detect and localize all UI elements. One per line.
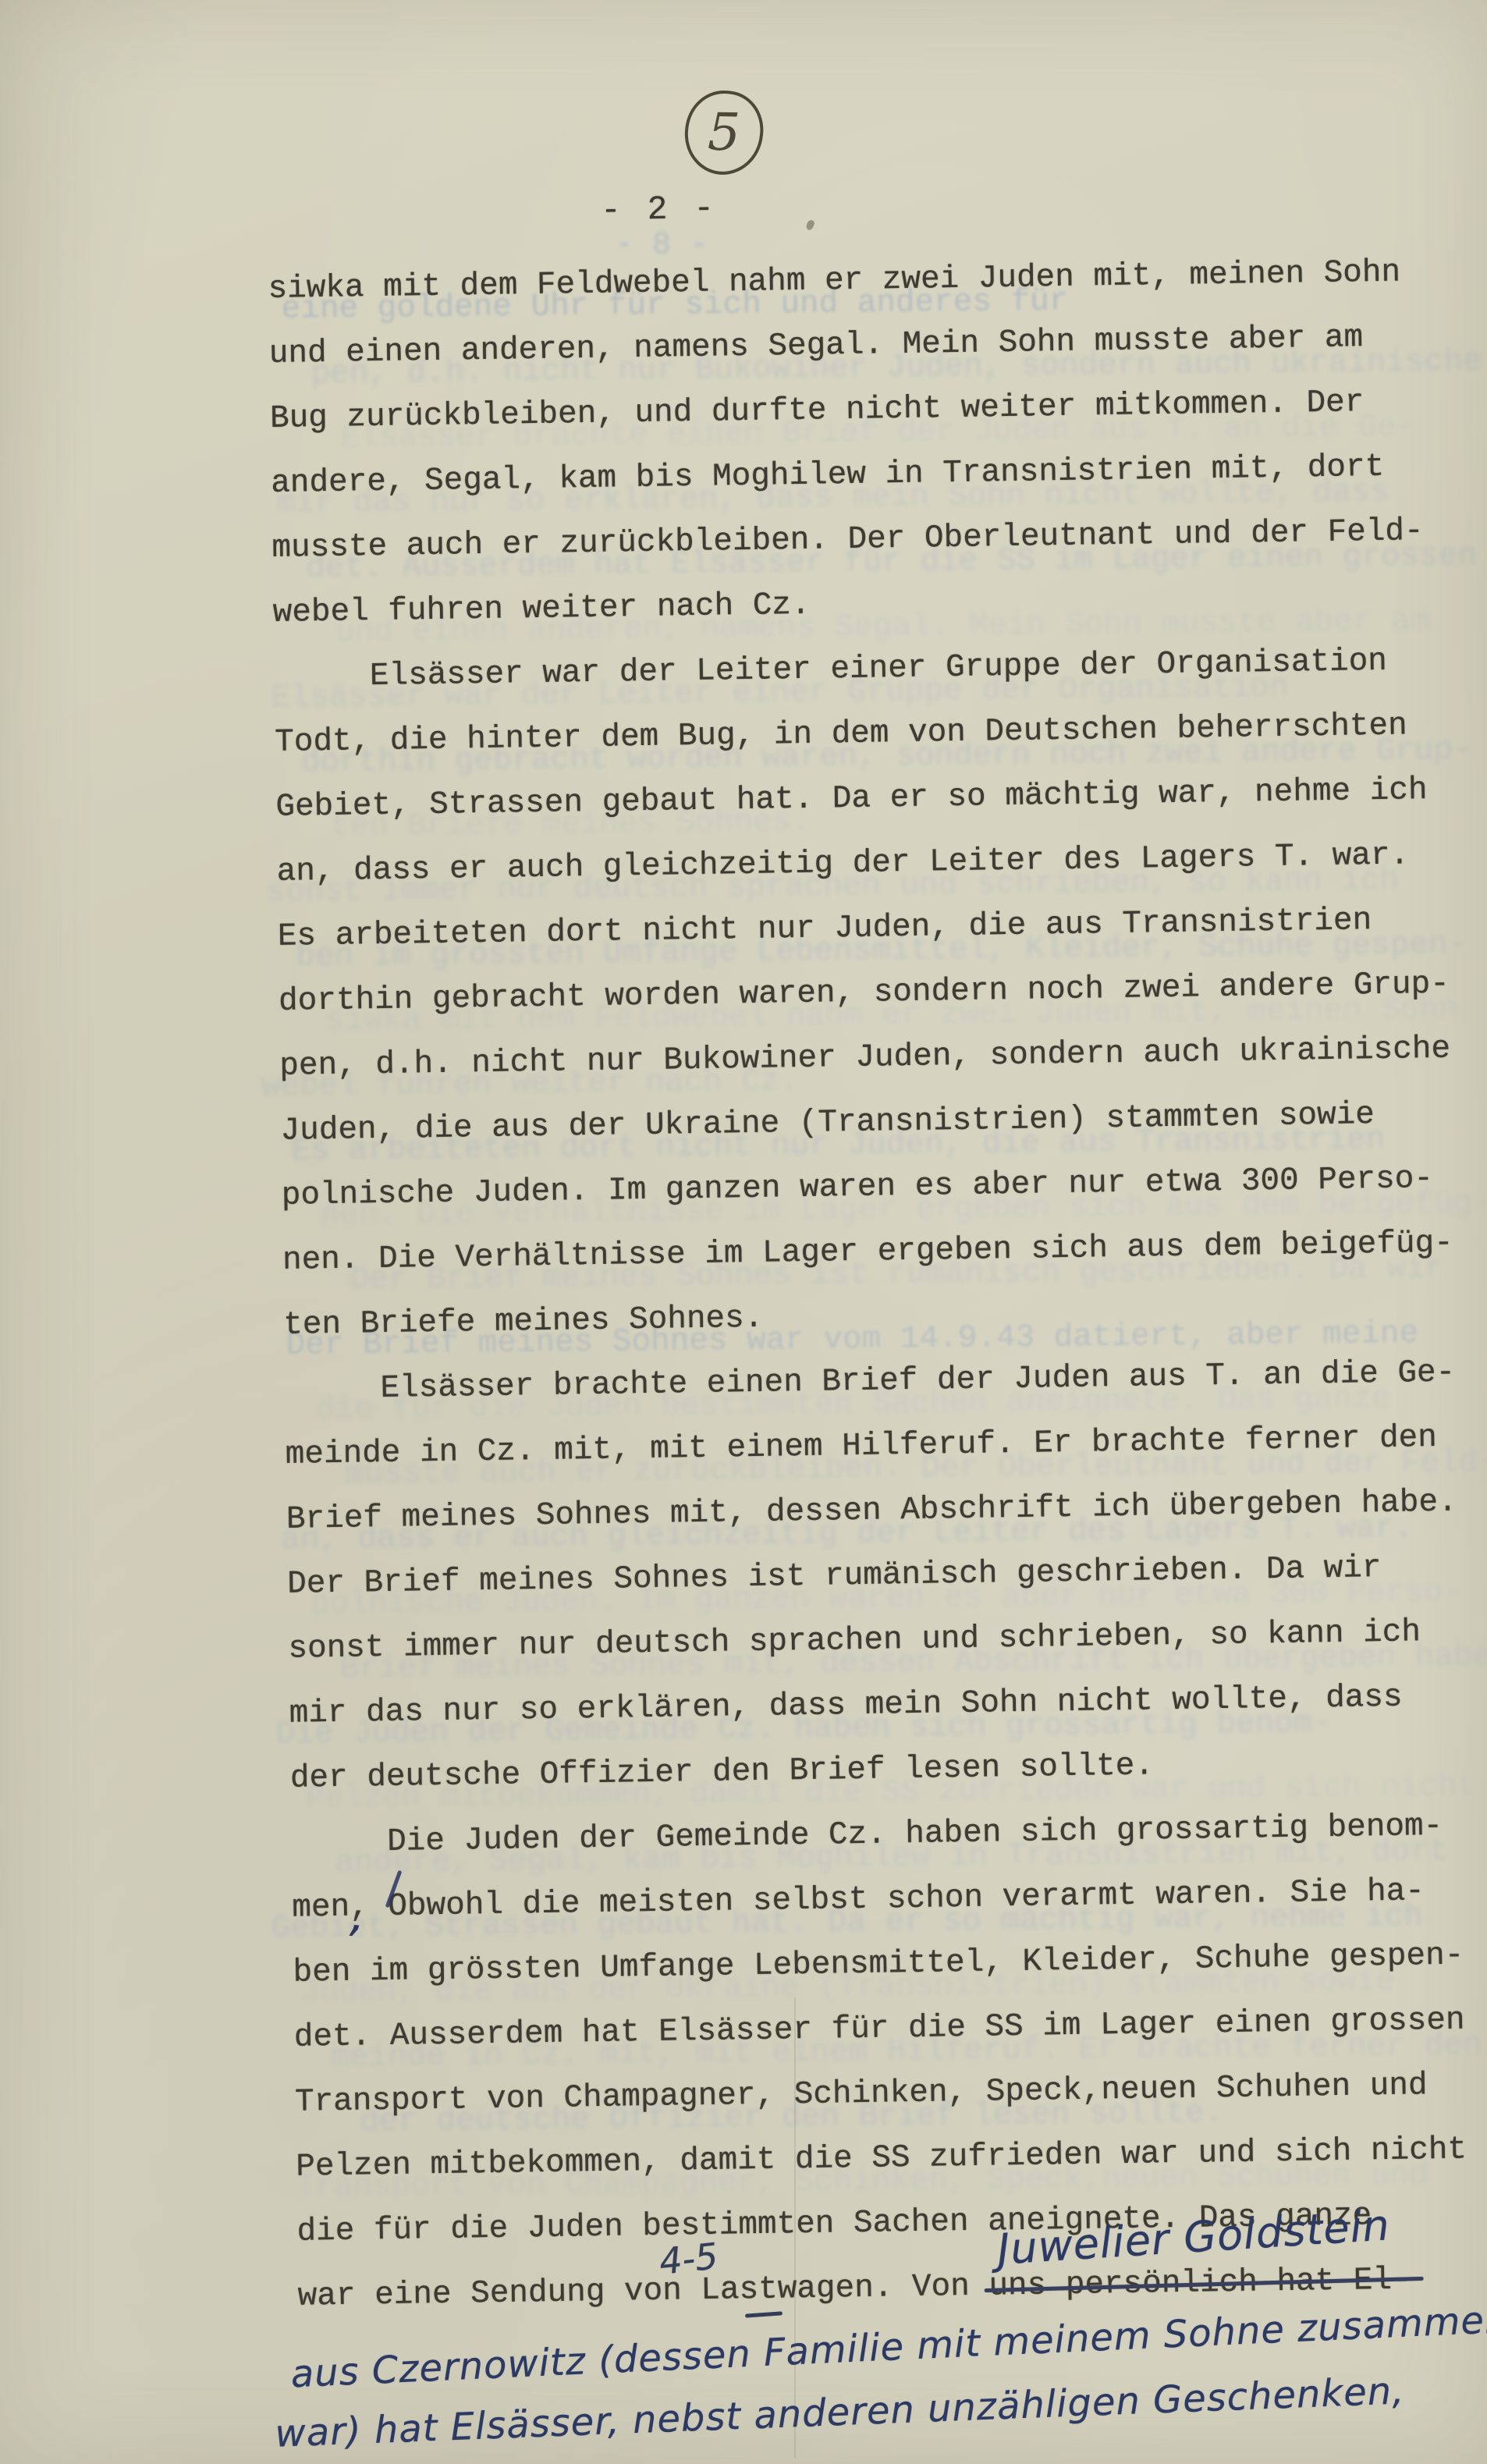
scanned-document-page: eine goldene Uhr für sich und anderes fü… (0, 0, 1487, 2464)
page-number: - 2 - (601, 189, 718, 229)
handwritten-truck-count: 4-5 (657, 2235, 719, 2283)
ink-speck (805, 219, 815, 231)
typewritten-text-block: siwka mit dem Feldwebel nahm er zwei Jud… (268, 240, 1469, 2330)
paper-fold-line (794, 1997, 796, 2458)
sheet-number: 5 (707, 107, 740, 159)
handwritten-circled-number: 5 (681, 87, 768, 179)
typed-text: war eine Sendung von Lastwagen. Von (297, 2269, 988, 2315)
